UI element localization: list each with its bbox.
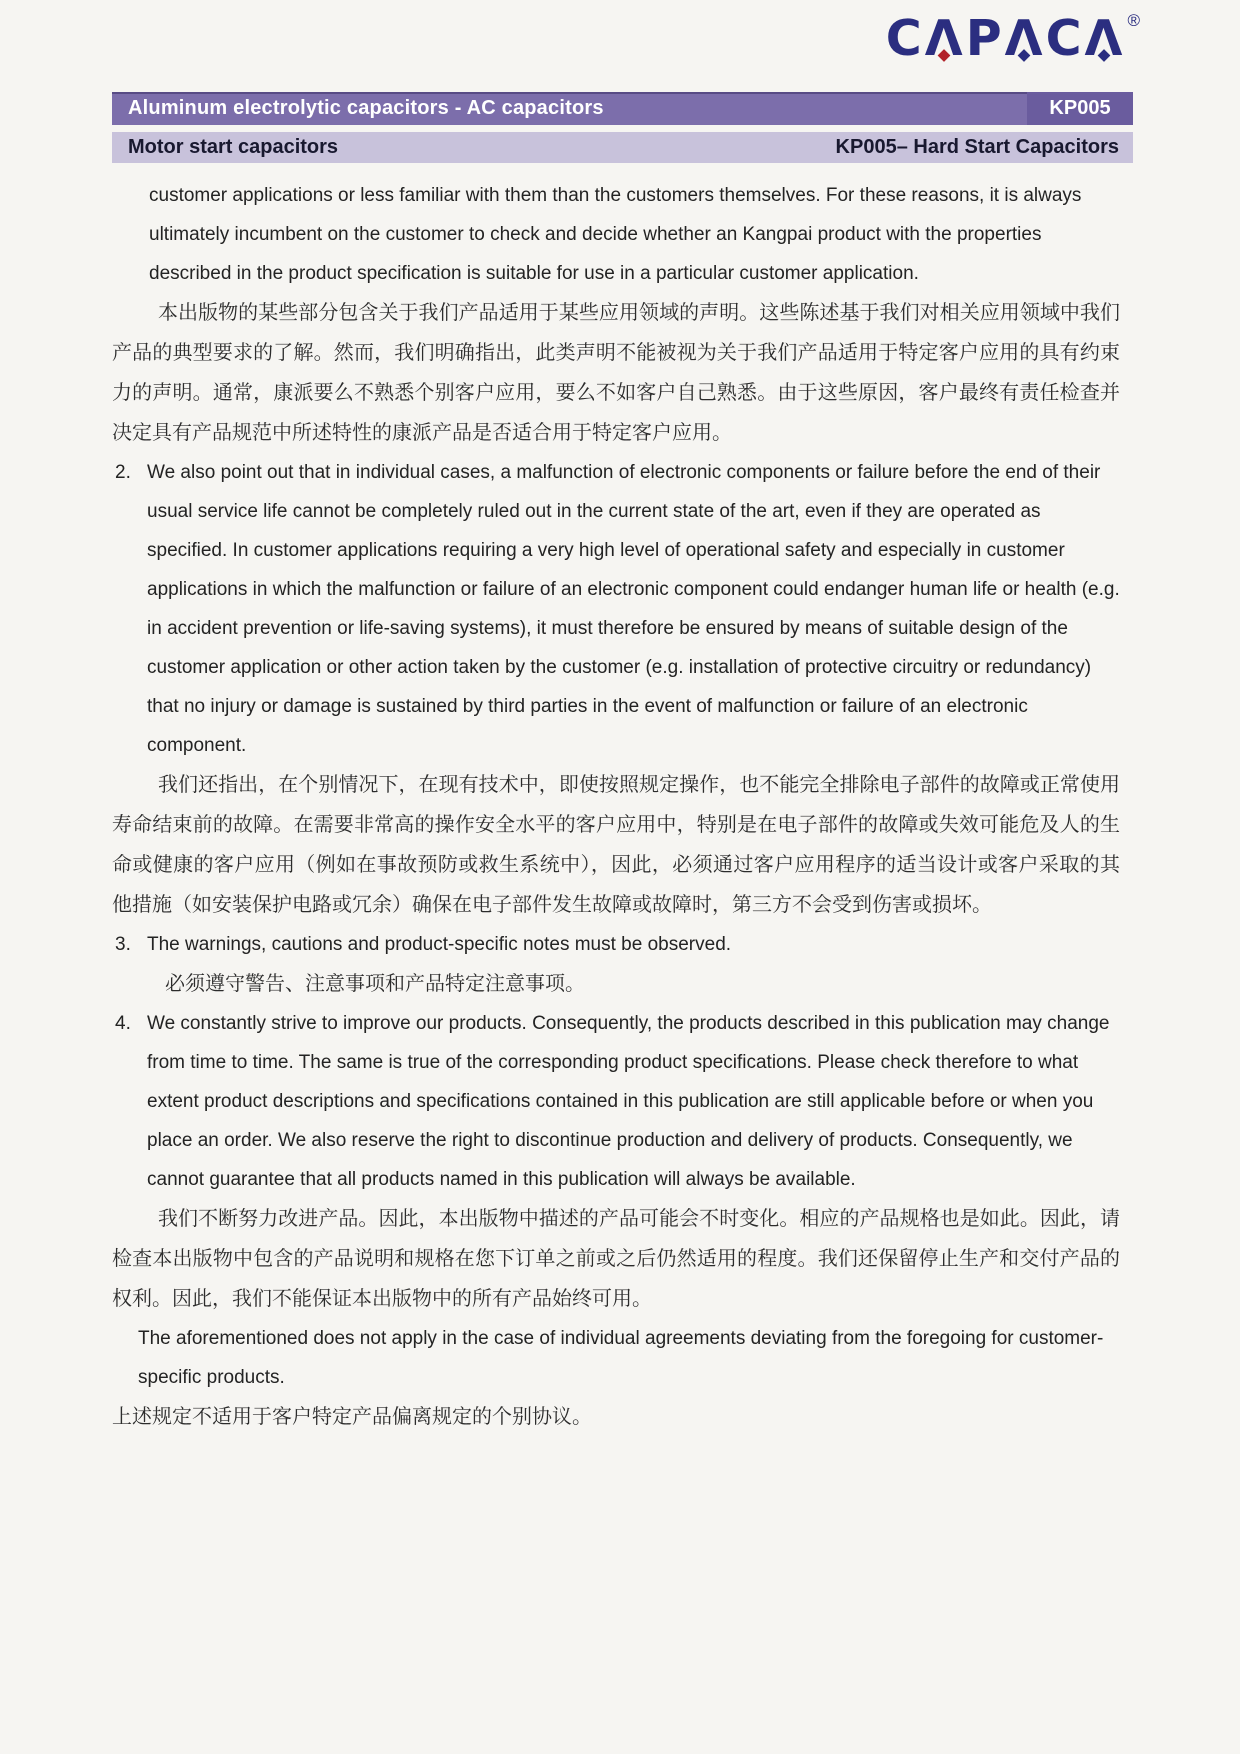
closing-paragraph-english: The aforementioned does not apply in the…	[112, 1319, 1120, 1397]
logo-letter-c	[1046, 14, 1082, 63]
logo-letters	[886, 14, 1126, 63]
list-item-3: 3. The warnings, cautions and product-sp…	[112, 925, 1120, 964]
paragraph-item2-chinese: 我们还指出，在个别情况下，在现有技术中，即使按照规定操作，也不能完全排除电子部件…	[112, 765, 1120, 925]
document-body: customer applications or less familiar w…	[112, 176, 1120, 1437]
paragraph-item4-chinese: 我们不断努力改进产品。因此，本出版物中描述的产品可能会不时变化。相应的产品规格也…	[112, 1199, 1120, 1319]
list-item-2-number: 2.	[115, 453, 131, 492]
header-bar-secondary: Motor start capacitors KP005– Hard Start…	[112, 132, 1133, 163]
logo-letter-p	[966, 14, 1002, 63]
paragraph-item1-english-continuation: customer applications or less familiar w…	[112, 176, 1120, 293]
list-item-3-english: The warnings, cautions and product-speci…	[147, 925, 1120, 964]
header-subtitle: Motor start capacitors	[112, 136, 338, 159]
logo-letter-a-red-diamond	[925, 14, 963, 63]
list-item-4: 4. We constantly strive to improve our p…	[112, 1004, 1120, 1199]
header-title: Aluminum electrolytic capacitors - AC ca…	[112, 97, 604, 120]
closing-paragraph-chinese: 上述规定不适用于客户特定产品偏离规定的个别协议。	[112, 1397, 1120, 1437]
logo-letter-a	[1085, 14, 1123, 63]
header-product-name: KP005– Hard Start Capacitors	[836, 136, 1133, 159]
document-page: CAPACA ® Aluminum electrolytic capacitor…	[0, 0, 1240, 1754]
registered-trademark-symbol: ®	[1127, 12, 1140, 29]
list-item-2-english: We also point out that in individual cas…	[147, 453, 1120, 765]
header-bar-primary: Aluminum electrolytic capacitors - AC ca…	[112, 92, 1133, 125]
logo-letter-a	[1005, 14, 1043, 63]
list-item-4-english: We constantly strive to improve our prod…	[147, 1004, 1120, 1199]
logo-letter-c	[886, 14, 922, 63]
paragraph-item1-chinese: 本出版物的某些部分包含关于我们产品适用于某些应用领域的声明。这些陈述基于我们对相…	[112, 293, 1120, 453]
list-item-3-number: 3.	[115, 925, 131, 964]
list-item-2: 2. We also point out that in individual …	[112, 453, 1120, 765]
header-series-code: KP005	[1027, 92, 1133, 125]
capaca-logo: CAPACA ®	[872, 14, 1140, 63]
list-item-4-number: 4.	[115, 1004, 131, 1043]
paragraph-item3-chinese: 必须遵守警告、注意事项和产品特定注意事项。	[112, 964, 1120, 1004]
